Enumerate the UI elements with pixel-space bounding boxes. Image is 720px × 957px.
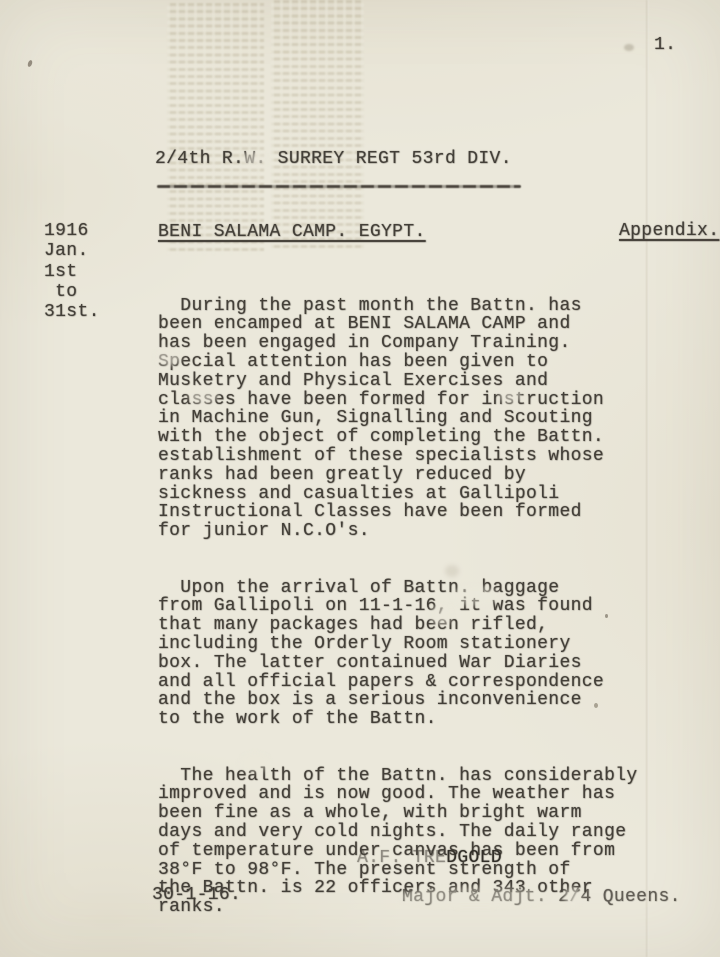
signature-date: 30-1-16.	[152, 886, 241, 905]
page-bleed-through-right	[271, 0, 364, 250]
smudge-mark	[624, 44, 634, 51]
ink-fade-musketry	[155, 348, 181, 366]
margin-date-column: 1916 Jan. 1st to 31st.	[44, 221, 100, 322]
ink-speck	[27, 60, 33, 68]
ink-fade-scouting	[499, 386, 521, 404]
signature-name-faint-part: A.F. TRE	[357, 848, 446, 868]
smudge-mark	[445, 565, 459, 577]
ink-fade-machine	[188, 386, 218, 404]
title-underline-rule	[157, 185, 521, 188]
page-number: 1.	[654, 36, 676, 55]
page-bleed-through-left	[167, 3, 264, 255]
ink-fade-war	[452, 586, 498, 606]
scanned-war-diary-page: 1. 2/4th R.W. SURREY REGT 53rd DIV. 1916…	[0, 0, 720, 957]
ink-fade-title-w	[242, 151, 266, 169]
ink-fade-queens-q	[565, 887, 581, 907]
paper-crease	[646, 0, 649, 957]
ink-fade-ampersand	[430, 605, 452, 625]
paragraph-training: During the past month the Battn. has bee…	[158, 297, 638, 541]
appendix-label: Appendix.	[619, 222, 719, 241]
paragraph-baggage: Upon the arrival of Battn. baggage from …	[158, 579, 638, 729]
ink-speck	[594, 703, 598, 708]
ink-speck	[605, 614, 608, 618]
ink-fade-rank	[400, 887, 550, 907]
section-heading: BENI SALAMA CAMP. EGYPT.	[158, 223, 426, 242]
ink-fade-temperature	[240, 753, 270, 773]
page-title: 2/4th R.W. SURREY REGT 53rd DIV.	[155, 150, 512, 169]
signature-name-dark-part: DGOLD	[446, 848, 502, 868]
signature-name: A.F. TREDGOLD	[357, 849, 502, 868]
